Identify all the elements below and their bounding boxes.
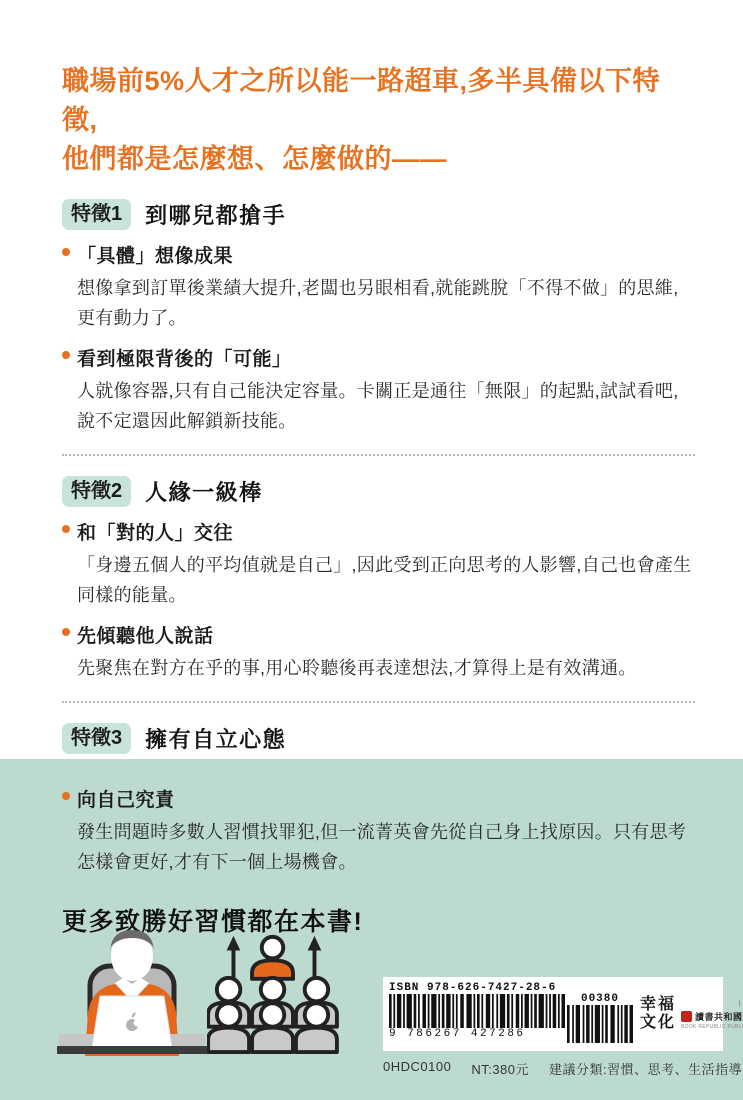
feature-badge: 特徵2: [62, 476, 131, 507]
isbn-label: ISBN 978-626-7427-28-6: [389, 982, 565, 994]
group-name-english: BOOK REPUBLIC PUBLISHING GROUP: [681, 1024, 743, 1030]
bullet-body: 人就像容器,只有自己能決定容量。卡關正是通往「無限」的起點,試試看吧,說不定還因…: [62, 376, 695, 436]
bullet-point: 和「對的人」交往 「身邊五個人的平均值就是自己」,因此受到正向思考的人影響,自己…: [62, 518, 695, 610]
feature-section-1: 特徵1 到哪兒都搶手 「具體」想像成果 想像拿到訂單後業績大提升,老闆也另眼相看…: [62, 199, 695, 436]
bullet-body: 先聚焦在對方在乎的事,用心聆聽後再表達想法,才算得上是有效溝通。: [62, 653, 695, 683]
publisher-block: 幸福 文化 | 發行平台 | 讀書共和國出版集團 BOOK REPUBLIC P…: [633, 982, 743, 1046]
bullet-body: 「身邊五個人的平均值就是自己」,因此受到正向思考的人影響,自己也會產生同樣的能量…: [62, 550, 695, 610]
bullet-heading: 「具體」想像成果: [62, 241, 695, 268]
main-content: 職場前5%人才之所以能一路超車,多半具備以下特徵, 他們都是怎麼想、怎麼做的——…: [0, 0, 743, 857]
feature-section-2: 特徵2 人緣一級棒 和「對的人」交往 「身邊五個人的平均值就是自己」,因此受到正…: [62, 476, 695, 683]
headline: 職場前5%人才之所以能一路超車,多半具備以下特徵, 他們都是怎麼想、怎麼做的——: [62, 62, 695, 179]
section-3-header: 特徵3 擁有自立心態: [62, 723, 695, 754]
person-at-laptop-icon: [57, 926, 207, 1056]
bullet-point: 先傾聽他人說話 先聚焦在對方在乎的事,用心聆聽後再表達想法,才算得上是有效溝通。: [62, 621, 695, 683]
dotted-divider: [62, 454, 695, 456]
isbn-digits: 9 786267 427286: [389, 1028, 565, 1040]
publisher-name: 幸福 文化: [640, 996, 676, 1032]
section-title: 到哪兒都搶手: [145, 199, 286, 230]
bullet-heading: 看到極限背後的「可能」: [62, 344, 695, 371]
publisher-name-line1: 幸福: [640, 996, 676, 1014]
bullet-point: 看到極限背後的「可能」 人就像容器,只有自己能決定容量。卡關正是通往「無限」的起…: [62, 344, 695, 436]
headline-line2: 他們都是怎麼想、怎麼做的——: [62, 140, 695, 179]
price: NT:380元: [471, 1059, 529, 1078]
standout-in-crowd-icon: [207, 932, 339, 1054]
ean-barcode: [389, 994, 565, 1028]
bullet-heading: 向自己究責: [62, 785, 695, 812]
product-code: 0HDC0100: [383, 1059, 451, 1078]
addon-barcode: 00380: [567, 982, 633, 1046]
section-2-header: 特徵2 人緣一級棒: [62, 476, 695, 507]
footer-info-line: 0HDC0100 NT:380元 建議分類:習慣、思考、生活指導: [383, 1059, 742, 1078]
category: 建議分類:習慣、思考、生活指導: [549, 1059, 742, 1078]
addon-bars: [567, 1005, 633, 1043]
main-barcode: ISBN 978-626-7427-28-6: [389, 982, 565, 1046]
bullet-body: 發生問題時多數人習慣找罪犯,但一流菁英會先從自己身上找原因。只有思考怎樣會更好,…: [62, 817, 695, 877]
bullet-body: 想像拿到訂單後業績大提升,老闆也另眼相看,就能跳脫「不得不做」的思維,更有動力了…: [62, 273, 695, 333]
publishing-group: | 發行平台 | 讀書共和國出版集團 BOOK REPUBLIC PUBLISH…: [681, 998, 743, 1030]
feature-badge: 特徵3: [62, 723, 131, 754]
bullet-point: 「具體」想像成果 想像拿到訂單後業績大提升,老闆也另眼相看,就能跳脫「不得不做」…: [62, 241, 695, 333]
isbn-barcode-box: ISBN 978-626-7427-28-6: [383, 977, 723, 1051]
teal-content: 向自己究責 發生問題時多數人習慣找罪犯,但一流菁英會先從自己身上找原因。只有思考…: [0, 759, 743, 938]
teal-footer-block: 向自己究責 發生問題時多數人習慣找罪犯,但一流菁英會先從自己身上找原因。只有思考…: [0, 759, 743, 1100]
bullet-heading: 先傾聽他人說話: [62, 621, 695, 648]
book-back-cover: 職場前5%人才之所以能一路超車,多半具備以下特徵, 他們都是怎麼想、怎麼做的——…: [0, 0, 743, 1100]
platform-label: | 發行平台 |: [681, 998, 743, 1008]
publisher-name-line2: 文化: [640, 1014, 676, 1032]
bullet-point: 向自己究責 發生問題時多數人習慣找罪犯,但一流菁英會先從自己身上找原因。只有思考…: [62, 785, 695, 877]
section-title: 擁有自立心態: [145, 723, 286, 754]
group-row: 讀書共和國出版集團: [681, 1010, 743, 1023]
addon-code: 00380: [567, 993, 633, 1005]
section-1-header: 特徵1 到哪兒都搶手: [62, 199, 695, 230]
feature-badge: 特徵1: [62, 199, 131, 230]
dotted-divider: [62, 701, 695, 703]
bullet-heading: 和「對的人」交往: [62, 518, 695, 545]
headline-line1: 職場前5%人才之所以能一路超車,多半具備以下特徵,: [62, 62, 695, 140]
book-republic-logo-icon: [681, 1011, 692, 1022]
group-name: 讀書共和國出版集團: [695, 1010, 743, 1023]
section-title: 人緣一級棒: [145, 476, 263, 507]
